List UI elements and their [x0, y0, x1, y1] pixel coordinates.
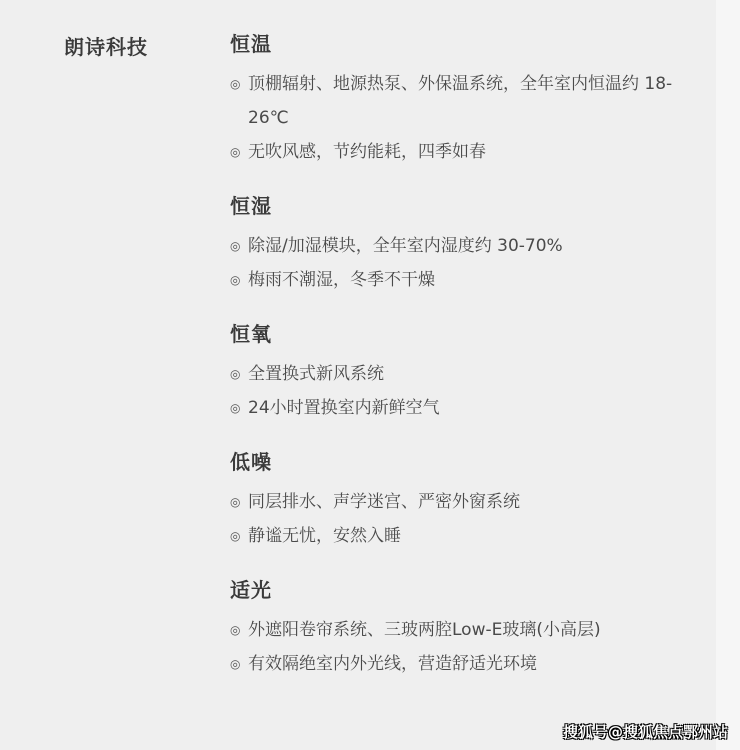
item-text: 梅雨不潮湿，冬季不干燥 [248, 263, 690, 297]
item-text: 静谧无忧，安然入睡 [248, 519, 690, 553]
content-panel: 朗诗科技 恒温 ◎ 顶棚辐射、地源热泵、外保温系统，全年室内恒温约 18-26℃… [0, 0, 716, 750]
list-item: ◎ 梅雨不潮湿，冬季不干燥 [230, 263, 690, 297]
section-proper-light: 适光 ◎ 外遮阳卷帘系统、三玻两腔Low-E玻璃(小高层) ◎ 有效隔绝室内外光… [230, 577, 690, 681]
item-text: 顶棚辐射、地源热泵、外保温系统，全年室内恒温约 18-26℃ [248, 67, 690, 135]
bullet-icon: ◎ [230, 67, 248, 101]
bullet-icon: ◎ [230, 391, 248, 425]
list-item: ◎ 24小时置换室内新鲜空气 [230, 391, 690, 425]
item-text: 无吹风感，节约能耗，四季如春 [248, 135, 690, 169]
section-title: 低噪 [230, 449, 690, 475]
list-item: ◎ 外遮阳卷帘系统、三玻两腔Low-E玻璃(小高层) [230, 613, 690, 647]
section-constant-humidity: 恒湿 ◎ 除湿/加湿模块，全年室内湿度约 30-70% ◎ 梅雨不潮湿，冬季不干… [230, 193, 690, 297]
bullet-icon: ◎ [230, 357, 248, 391]
section-constant-temperature: 恒温 ◎ 顶棚辐射、地源热泵、外保温系统，全年室内恒温约 18-26℃ ◎ 无吹… [230, 31, 690, 169]
item-text: 全置换式新风系统 [248, 357, 690, 391]
section-title: 恒湿 [230, 193, 690, 219]
list-item: ◎ 除湿/加湿模块，全年室内湿度约 30-70% [230, 229, 690, 263]
list-item: ◎ 静谧无忧，安然入睡 [230, 519, 690, 553]
feature-list: 恒温 ◎ 顶棚辐射、地源热泵、外保温系统，全年室内恒温约 18-26℃ ◎ 无吹… [230, 31, 690, 705]
section-low-noise: 低噪 ◎ 同层排水、声学迷宫、严密外窗系统 ◎ 静谧无忧，安然入睡 [230, 449, 690, 553]
item-text: 除湿/加湿模块，全年室内湿度约 30-70% [248, 229, 690, 263]
item-text: 24小时置换室内新鲜空气 [248, 391, 690, 425]
bullet-icon: ◎ [230, 613, 248, 647]
section-title: 恒温 [230, 31, 690, 57]
list-item: ◎ 全置换式新风系统 [230, 357, 690, 391]
item-text: 外遮阳卷帘系统、三玻两腔Low-E玻璃(小高层) [248, 613, 690, 647]
item-text: 有效隔绝室内外光线，营造舒适光环境 [248, 647, 690, 681]
list-item: ◎ 顶棚辐射、地源热泵、外保温系统，全年室内恒温约 18-26℃ [230, 67, 690, 135]
watermark: 搜狐号@搜狐焦点鄂州站 [563, 721, 728, 742]
section-constant-oxygen: 恒氧 ◎ 全置换式新风系统 ◎ 24小时置换室内新鲜空气 [230, 321, 690, 425]
list-item: ◎ 同层排水、声学迷宫、严密外窗系统 [230, 485, 690, 519]
bullet-icon: ◎ [230, 485, 248, 519]
section-title: 恒氧 [230, 321, 690, 347]
bullet-icon: ◎ [230, 135, 248, 169]
brand-label: 朗诗科技 [64, 31, 148, 60]
bullet-icon: ◎ [230, 519, 248, 553]
section-title: 适光 [230, 577, 690, 603]
list-item: ◎ 有效隔绝室内外光线，营造舒适光环境 [230, 647, 690, 681]
item-text: 同层排水、声学迷宫、严密外窗系统 [248, 485, 690, 519]
bullet-icon: ◎ [230, 229, 248, 263]
list-item: ◎ 无吹风感，节约能耗，四季如春 [230, 135, 690, 169]
bullet-icon: ◎ [230, 647, 248, 681]
bullet-icon: ◎ [230, 263, 248, 297]
